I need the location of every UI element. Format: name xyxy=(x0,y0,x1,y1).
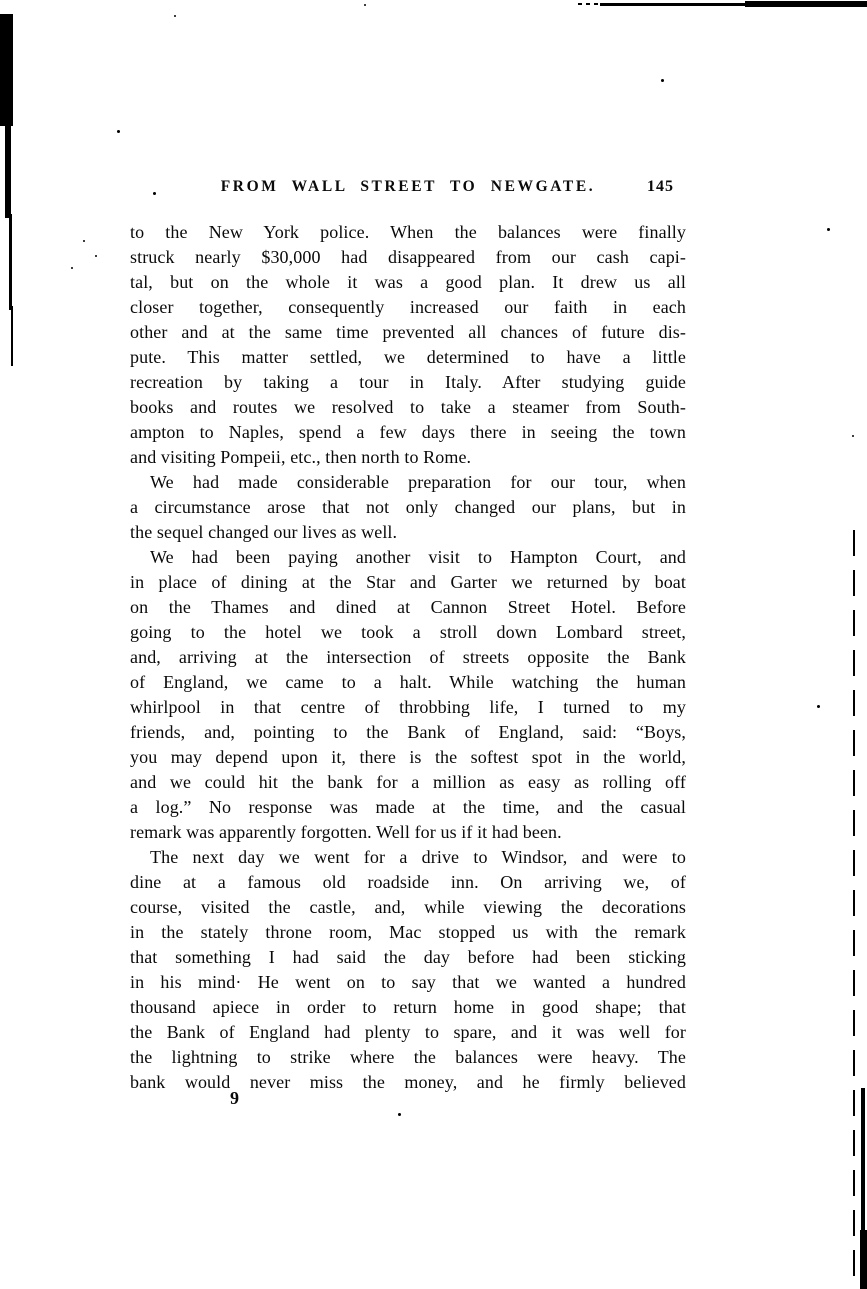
text-line: on the Thames and dined at Cannon Street… xyxy=(130,595,686,620)
text-line: remark was apparently forgotten. Well fo… xyxy=(130,820,686,845)
text-line: in the stately throne room, Mac stopped … xyxy=(130,920,686,945)
text-line: a log.” No response was made at the time… xyxy=(130,795,686,820)
text-line: the sequel changed our lives as well. xyxy=(130,520,686,545)
scan-artifact-left-edge-line xyxy=(11,306,13,366)
text-line: We had made considerable preparation for… xyxy=(130,470,686,495)
text-line: the Bank of England had plenty to spare,… xyxy=(130,1020,686,1045)
page-number: 145 xyxy=(647,178,674,196)
text-line: tal, but on the whole it was a good plan… xyxy=(130,270,686,295)
scan-artifact-top-edge-dashes xyxy=(578,3,602,5)
text-line: thousand apiece in order to return home … xyxy=(130,995,686,1020)
text-line: that something I had said the day before… xyxy=(130,945,686,970)
scan-artifact-right-edge-line xyxy=(860,1230,867,1289)
text-line: books and routes we resolved to take a s… xyxy=(130,395,686,420)
text-line: We had been paying another visit to Hamp… xyxy=(130,545,686,570)
text-line: whirlpool in that centre of throbbing li… xyxy=(130,695,686,720)
scan-speck xyxy=(71,267,73,269)
text-line: and, arriving at the intersection of str… xyxy=(130,645,686,670)
paragraph: We had made considerable preparation for… xyxy=(130,470,686,545)
text-line: a circumstance arose that not only chang… xyxy=(130,495,686,520)
paragraph: We had been paying another visit to Hamp… xyxy=(130,545,686,845)
scan-speck xyxy=(95,255,97,257)
text-line: ampton to Naples, spend a few days there… xyxy=(130,420,686,445)
text-line: to the New York police. When the balance… xyxy=(130,220,686,245)
text-line: going to the hotel we took a stroll down… xyxy=(130,620,686,645)
scan-speck xyxy=(117,130,120,133)
scan-artifact-top-edge-line xyxy=(745,1,867,7)
scan-artifact-left-edge-line xyxy=(9,214,12,310)
text-line: course, visited the castle, and, while v… xyxy=(130,895,686,920)
text-line: friends, and, pointing to the Bank of En… xyxy=(130,720,686,745)
text-line: struck nearly $30,000 had disappeared fr… xyxy=(130,245,686,270)
running-title: FROM WALL STREET TO NEWGATE. xyxy=(130,178,686,196)
text-line: in place of dining at the Star and Garte… xyxy=(130,570,686,595)
scan-speck xyxy=(817,705,820,708)
text-line: of England, we came to a halt. While wat… xyxy=(130,670,686,695)
text-line: pute. This matter settled, we determined… xyxy=(130,345,686,370)
scan-speck xyxy=(852,435,854,437)
paragraph: to the New York police. When the balance… xyxy=(130,220,686,470)
scan-artifact-top-edge-line xyxy=(600,3,748,6)
scan-speck xyxy=(364,4,366,6)
page-header: FROM WALL STREET TO NEWGATE. 145 xyxy=(130,178,686,202)
scan-speck xyxy=(153,192,156,195)
text-line: The next day we went for a drive to Wind… xyxy=(130,845,686,870)
scan-speck xyxy=(661,79,664,82)
text-line: in his mind· He went on to say that we w… xyxy=(130,970,686,995)
text-line: bank would never miss the money, and he … xyxy=(130,1070,686,1095)
scan-speck xyxy=(174,15,176,17)
signature-mark: 9 xyxy=(230,1088,239,1109)
text-line: other and at the same time prevented all… xyxy=(130,320,686,345)
text-line: you may depend upon it, there is the sof… xyxy=(130,745,686,770)
text-line: the lightning to strike where the balanc… xyxy=(130,1045,686,1070)
paragraph: The next day we went for a drive to Wind… xyxy=(130,845,686,1095)
scan-artifact-left-edge-blob xyxy=(0,14,13,126)
text-line: recreation by taking a tour in Italy. Af… xyxy=(130,370,686,395)
page-body: to the New York police. When the balance… xyxy=(130,220,686,1095)
text-line: and visiting Pompeii, etc., then north t… xyxy=(130,445,686,470)
scan-artifact-left-edge-line xyxy=(5,122,11,218)
text-line: closer together, consequently increased … xyxy=(130,295,686,320)
scan-artifact-right-edge-broken-line xyxy=(853,530,855,1285)
text-line: and we could hit the bank for a million … xyxy=(130,770,686,795)
scan-speck xyxy=(83,240,85,242)
scan-speck xyxy=(827,228,830,231)
book-page: FROM WALL STREET TO NEWGATE. 145 to the … xyxy=(0,0,867,1289)
scan-speck xyxy=(398,1113,401,1116)
text-line: dine at a famous old roadside inn. On ar… xyxy=(130,870,686,895)
